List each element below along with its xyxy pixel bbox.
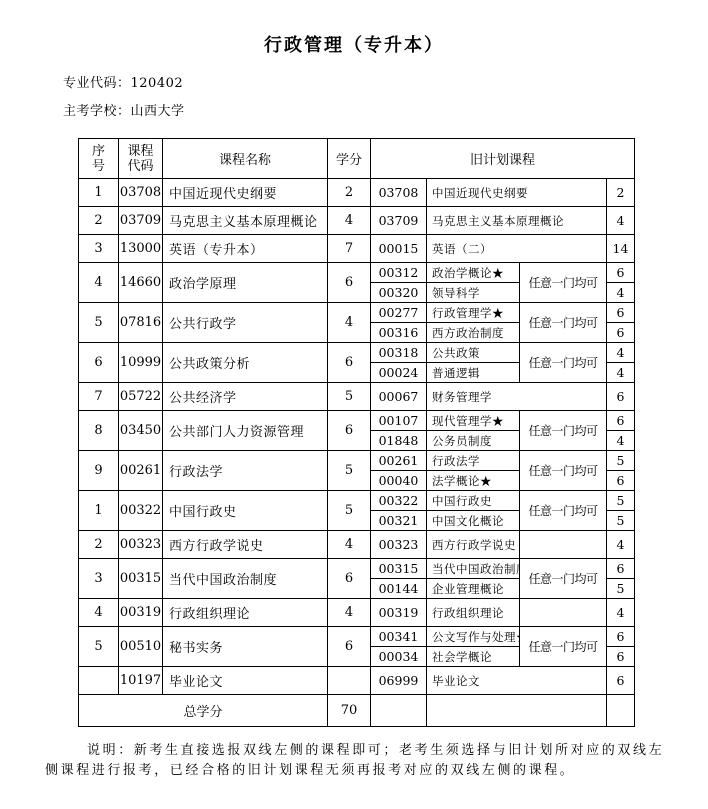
old-course-name-cell: 法学概论★ bbox=[427, 471, 520, 491]
course-code-cell: 00319 bbox=[119, 599, 163, 627]
course-row: 610999公共政策分析600318公共政策任意一门均可4 bbox=[79, 343, 635, 363]
course-name-cell: 马克思主义基本原理概论 bbox=[163, 207, 328, 235]
course-credit-cell: 6 bbox=[328, 411, 371, 451]
old-course-name-cell: 社会学概论 bbox=[427, 647, 520, 667]
course-credit-cell: 6 bbox=[328, 343, 371, 383]
course-row: 100322中国行政史500322中国行政史任意一门均可5 bbox=[79, 491, 635, 511]
old-course-note-cell: 任意一门均可 bbox=[520, 559, 607, 599]
course-name-cell: 西方行政学说史 bbox=[163, 531, 328, 559]
old-course-name-cell: 英语（二） bbox=[427, 235, 607, 263]
seq-cell: 2 bbox=[79, 207, 119, 235]
old-course-name-cell: 毕业论文 bbox=[427, 667, 607, 695]
header-course-code: 课程代码 bbox=[119, 139, 163, 179]
old-course-note-cell bbox=[520, 531, 607, 559]
old-course-name-cell: 公文写作与处理★ bbox=[427, 627, 520, 647]
old-course-credit-cell: 6 bbox=[607, 559, 635, 579]
old-course-name-cell: 西方政治制度 bbox=[427, 323, 520, 343]
course-credit-cell bbox=[328, 667, 371, 695]
old-course-code-cell: 00322 bbox=[371, 491, 427, 511]
old-course-code-cell: 00318 bbox=[371, 343, 427, 363]
course-code-cell: 00315 bbox=[119, 559, 163, 599]
course-credit-cell: 7 bbox=[328, 235, 371, 263]
course-credit-cell: 4 bbox=[328, 303, 371, 343]
course-row: 900261行政法学500261行政法学任意一门均可5 bbox=[79, 451, 635, 471]
old-course-code-cell: 00320 bbox=[371, 283, 427, 303]
old-course-note-cell: 任意一门均可 bbox=[520, 343, 607, 383]
total-credit-value: 70 bbox=[328, 695, 371, 727]
old-course-code-cell: 00319 bbox=[371, 599, 427, 627]
old-course-note-cell: 任意一门均可 bbox=[520, 303, 607, 343]
document-page: 行政管理（专升本） 专业代码：120402 主考学校：山西大学 序号 课程代码 … bbox=[0, 0, 708, 809]
old-course-name-cell: 行政管理学★ bbox=[427, 303, 520, 323]
course-code-cell: 00323 bbox=[119, 531, 163, 559]
old-course-credit-cell: 2 bbox=[607, 179, 635, 207]
old-course-name-cell: 西方行政学说史 bbox=[427, 531, 520, 559]
old-course-credit-cell: 6 bbox=[607, 647, 635, 667]
old-course-code-cell: 03708 bbox=[371, 179, 427, 207]
old-course-credit-cell: 6 bbox=[607, 627, 635, 647]
old-course-credit-cell: 4 bbox=[607, 599, 635, 627]
explanation-note: 说明：新考生直接选报双线左侧的课程即可；老考生须选择与旧计划所对应的双线左 侧课… bbox=[45, 741, 673, 781]
course-row: 200323西方行政学说史400323西方行政学说史4 bbox=[79, 531, 635, 559]
old-course-name-cell: 现代管理学★ bbox=[427, 411, 520, 431]
old-course-credit-cell: 6 bbox=[607, 323, 635, 343]
old-course-name-cell: 马克思主义基本原理概论 bbox=[427, 207, 607, 235]
course-code-cell: 03708 bbox=[119, 179, 163, 207]
old-course-code-cell: 00277 bbox=[371, 303, 427, 323]
old-course-code-cell: 00316 bbox=[371, 323, 427, 343]
old-course-credit-cell: 6 bbox=[607, 383, 635, 411]
total-old-credit-cell bbox=[607, 695, 635, 727]
course-code-cell: 05722 bbox=[119, 383, 163, 411]
old-course-code-cell: 00107 bbox=[371, 411, 427, 431]
course-credit-cell: 2 bbox=[328, 179, 371, 207]
old-course-code-cell: 00315 bbox=[371, 559, 427, 579]
course-name-cell: 政治学原理 bbox=[163, 263, 328, 303]
course-code-cell: 10999 bbox=[119, 343, 163, 383]
course-code-cell: 03450 bbox=[119, 411, 163, 451]
old-course-code-cell: 00341 bbox=[371, 627, 427, 647]
old-course-note-cell: 任意一门均可 bbox=[520, 263, 607, 303]
old-course-credit-cell: 14 bbox=[607, 235, 635, 263]
course-name-cell: 公共部门人力资源管理 bbox=[163, 411, 328, 451]
course-name-cell: 行政组织理论 bbox=[163, 599, 328, 627]
course-name-cell: 中国行政史 bbox=[163, 491, 328, 531]
seq-cell: 8 bbox=[79, 411, 119, 451]
old-course-credit-cell: 5 bbox=[607, 491, 635, 511]
old-course-code-cell: 00024 bbox=[371, 363, 427, 383]
seq-cell: 4 bbox=[79, 263, 119, 303]
old-course-name-cell: 公务员制度 bbox=[427, 431, 520, 451]
old-course-credit-cell: 6 bbox=[607, 411, 635, 431]
old-course-credit-cell: 6 bbox=[607, 263, 635, 283]
course-row: 203709马克思主义基本原理概论403709马克思主义基本原理概论4 bbox=[79, 207, 635, 235]
seq-cell: 5 bbox=[79, 303, 119, 343]
old-course-code-cell: 01848 bbox=[371, 431, 427, 451]
old-course-name-cell: 普通逻辑 bbox=[427, 363, 520, 383]
old-course-name-cell: 中国近现代史纲要 bbox=[427, 179, 607, 207]
course-name-cell: 公共政策分析 bbox=[163, 343, 328, 383]
course-row: 803450公共部门人力资源管理600107现代管理学★任意一门均可6 bbox=[79, 411, 635, 431]
course-code-cell: 14660 bbox=[119, 263, 163, 303]
course-row: 313000英语（专升本）700015英语（二）14 bbox=[79, 235, 635, 263]
old-course-name-cell: 企业管理概论 bbox=[427, 579, 520, 599]
course-credit-cell: 4 bbox=[328, 207, 371, 235]
course-row: 400319行政组织理论400319行政组织理论4 bbox=[79, 599, 635, 627]
course-credit-cell: 5 bbox=[328, 383, 371, 411]
course-code-cell: 00322 bbox=[119, 491, 163, 531]
old-course-credit-cell: 6 bbox=[607, 303, 635, 323]
course-row: 705722公共经济学500067财务管理学6 bbox=[79, 383, 635, 411]
old-course-code-cell: 00321 bbox=[371, 511, 427, 531]
seq-cell bbox=[79, 667, 119, 695]
course-code-cell: 03709 bbox=[119, 207, 163, 235]
seq-cell: 2 bbox=[79, 531, 119, 559]
old-course-name-cell: 中国文化概论 bbox=[427, 511, 520, 531]
seq-cell: 3 bbox=[79, 559, 119, 599]
old-course-name-cell: 行政法学 bbox=[427, 451, 520, 471]
old-course-name-cell: 政治学概论★ bbox=[427, 263, 520, 283]
old-course-name-cell: 当代中国政治制度 bbox=[427, 559, 520, 579]
old-course-note-cell bbox=[520, 599, 607, 627]
total-old-name-cell bbox=[427, 695, 607, 727]
seq-cell: 7 bbox=[79, 383, 119, 411]
course-row: 10197毕业论文06999毕业论文6 bbox=[79, 667, 635, 695]
course-credit-cell: 6 bbox=[328, 263, 371, 303]
major-code-line: 专业代码：120402 bbox=[63, 72, 183, 91]
old-course-credit-cell: 4 bbox=[607, 363, 635, 383]
course-code-cell: 00510 bbox=[119, 627, 163, 667]
course-credit-cell: 6 bbox=[328, 627, 371, 667]
course-credit-cell: 5 bbox=[328, 491, 371, 531]
course-name-cell: 英语（专升本） bbox=[163, 235, 328, 263]
course-name-cell: 毕业论文 bbox=[163, 667, 328, 695]
course-row: 414660政治学原理600312政治学概论★任意一门均可6 bbox=[79, 263, 635, 283]
course-name-cell: 行政法学 bbox=[163, 451, 328, 491]
course-row: 103708中国近现代史纲要203708中国近现代史纲要2 bbox=[79, 179, 635, 207]
total-row: 总学分 70 bbox=[79, 695, 635, 727]
course-code-cell: 13000 bbox=[119, 235, 163, 263]
total-label: 总学分 bbox=[79, 695, 328, 727]
old-course-code-cell: 00034 bbox=[371, 647, 427, 667]
course-credit-cell: 5 bbox=[328, 451, 371, 491]
old-course-credit-cell: 6 bbox=[607, 667, 635, 695]
old-course-name-cell: 行政组织理论 bbox=[427, 599, 520, 627]
old-course-code-cell: 00144 bbox=[371, 579, 427, 599]
old-course-code-cell: 00040 bbox=[371, 471, 427, 491]
course-credit-cell: 4 bbox=[328, 531, 371, 559]
seq-cell: 1 bbox=[79, 179, 119, 207]
old-course-code-cell: 00015 bbox=[371, 235, 427, 263]
course-name-cell: 当代中国政治制度 bbox=[163, 559, 328, 599]
seq-cell: 6 bbox=[79, 343, 119, 383]
old-course-credit-cell: 4 bbox=[607, 531, 635, 559]
header-seq: 序号 bbox=[79, 139, 119, 179]
old-course-credit-cell: 6 bbox=[607, 471, 635, 491]
course-row: 500510秘书实务600341公文写作与处理★任意一门均可6 bbox=[79, 627, 635, 647]
course-plan-table: 序号 课程代码 课程名称 学分 旧计划课程 103708中国近现代史纲要2037… bbox=[78, 138, 635, 727]
header-credit: 学分 bbox=[328, 139, 371, 179]
course-name-cell: 秘书实务 bbox=[163, 627, 328, 667]
header-old-plan: 旧计划课程 bbox=[371, 139, 635, 179]
old-course-code-cell: 00312 bbox=[371, 263, 427, 283]
header-course-name: 课程名称 bbox=[163, 139, 328, 179]
course-credit-cell: 6 bbox=[328, 559, 371, 599]
seq-cell: 9 bbox=[79, 451, 119, 491]
course-credit-cell: 4 bbox=[328, 599, 371, 627]
old-course-note-cell: 任意一门均可 bbox=[520, 491, 607, 531]
old-course-name-cell: 中国行政史 bbox=[427, 491, 520, 511]
old-course-credit-cell: 4 bbox=[607, 283, 635, 303]
old-course-code-cell: 06999 bbox=[371, 667, 427, 695]
old-course-code-cell: 00323 bbox=[371, 531, 427, 559]
page-title: 行政管理（专升本） bbox=[0, 31, 708, 57]
old-course-credit-cell: 5 bbox=[607, 579, 635, 599]
course-name-cell: 公共行政学 bbox=[163, 303, 328, 343]
seq-cell: 5 bbox=[79, 627, 119, 667]
old-course-name-cell: 财务管理学 bbox=[427, 383, 607, 411]
table-header-row: 序号 课程代码 课程名称 学分 旧计划课程 bbox=[79, 139, 635, 179]
old-course-credit-cell: 5 bbox=[607, 451, 635, 471]
course-code-cell: 10197 bbox=[119, 667, 163, 695]
seq-cell: 4 bbox=[79, 599, 119, 627]
old-course-credit-cell: 5 bbox=[607, 511, 635, 531]
explanation-line-2: 侧课程进行报考，已经合格的旧计划课程无须再报考对应的双线左侧的课程。 bbox=[45, 761, 673, 781]
old-course-code-cell: 03709 bbox=[371, 207, 427, 235]
seq-cell: 1 bbox=[79, 491, 119, 531]
exam-school-line: 主考学校：山西大学 bbox=[63, 100, 185, 119]
old-course-name-cell: 领导科学 bbox=[427, 283, 520, 303]
course-name-cell: 中国近现代史纲要 bbox=[163, 179, 328, 207]
course-row: 507816公共行政学400277行政管理学★任意一门均可6 bbox=[79, 303, 635, 323]
course-code-cell: 00261 bbox=[119, 451, 163, 491]
old-course-name-cell: 公共政策 bbox=[427, 343, 520, 363]
old-course-credit-cell: 4 bbox=[607, 431, 635, 451]
old-course-code-cell: 00261 bbox=[371, 451, 427, 471]
total-old-code-cell bbox=[371, 695, 427, 727]
old-course-credit-cell: 4 bbox=[607, 207, 635, 235]
old-course-note-cell: 任意一门均可 bbox=[520, 627, 607, 667]
old-course-code-cell: 00067 bbox=[371, 383, 427, 411]
seq-cell: 3 bbox=[79, 235, 119, 263]
old-course-credit-cell: 4 bbox=[607, 343, 635, 363]
old-course-note-cell: 任意一门均可 bbox=[520, 411, 607, 451]
explanation-line-1: 说明：新考生直接选报双线左侧的课程即可；老考生须选择与旧计划所对应的双线左 bbox=[45, 741, 673, 761]
course-row: 300315当代中国政治制度600315当代中国政治制度任意一门均可6 bbox=[79, 559, 635, 579]
course-name-cell: 公共经济学 bbox=[163, 383, 328, 411]
course-code-cell: 07816 bbox=[119, 303, 163, 343]
old-course-note-cell: 任意一门均可 bbox=[520, 451, 607, 491]
